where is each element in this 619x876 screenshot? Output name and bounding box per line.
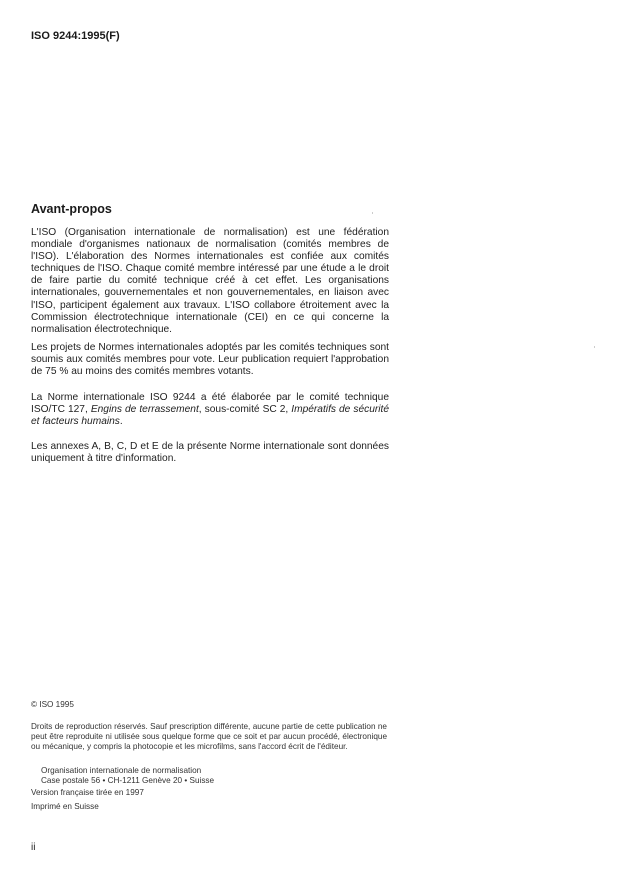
foreword-paragraph-2: Les projets de Normes internationales ad… [31, 342, 389, 378]
committee-tc-name: Engins de terrassement [91, 404, 199, 415]
scan-speck [372, 212, 373, 214]
document-reference: ISO 9244:1995(F) [31, 30, 120, 42]
committee-suffix: . [120, 416, 123, 427]
address-line-1: Organisation internationale de normalisa… [41, 766, 214, 776]
publisher-address: Organisation internationale de normalisa… [41, 766, 214, 786]
section-title: Avant-propos [31, 202, 112, 216]
printed-note: Imprimé en Suisse [31, 802, 99, 811]
copyright-notice: © ISO 1995 [31, 700, 74, 709]
foreword-paragraph-1: L'ISO (Organisation internationale de no… [31, 227, 389, 336]
version-note: Version française tirée en 1997 [31, 788, 144, 797]
foreword-paragraph-annexes: Les annexes A, B, C, D et E de la présen… [31, 441, 389, 465]
address-line-2: Case postale 56 • CH-1211 Genève 20 • Su… [41, 776, 214, 786]
scan-speck [594, 346, 595, 348]
committee-paragraph: La Norme internationale ISO 9244 a été é… [31, 392, 389, 428]
committee-middle: , sous-comité SC 2, [199, 404, 291, 415]
page-number: ii [31, 842, 35, 853]
rights-notice: Droits de reproduction réservés. Sauf pr… [31, 722, 387, 753]
